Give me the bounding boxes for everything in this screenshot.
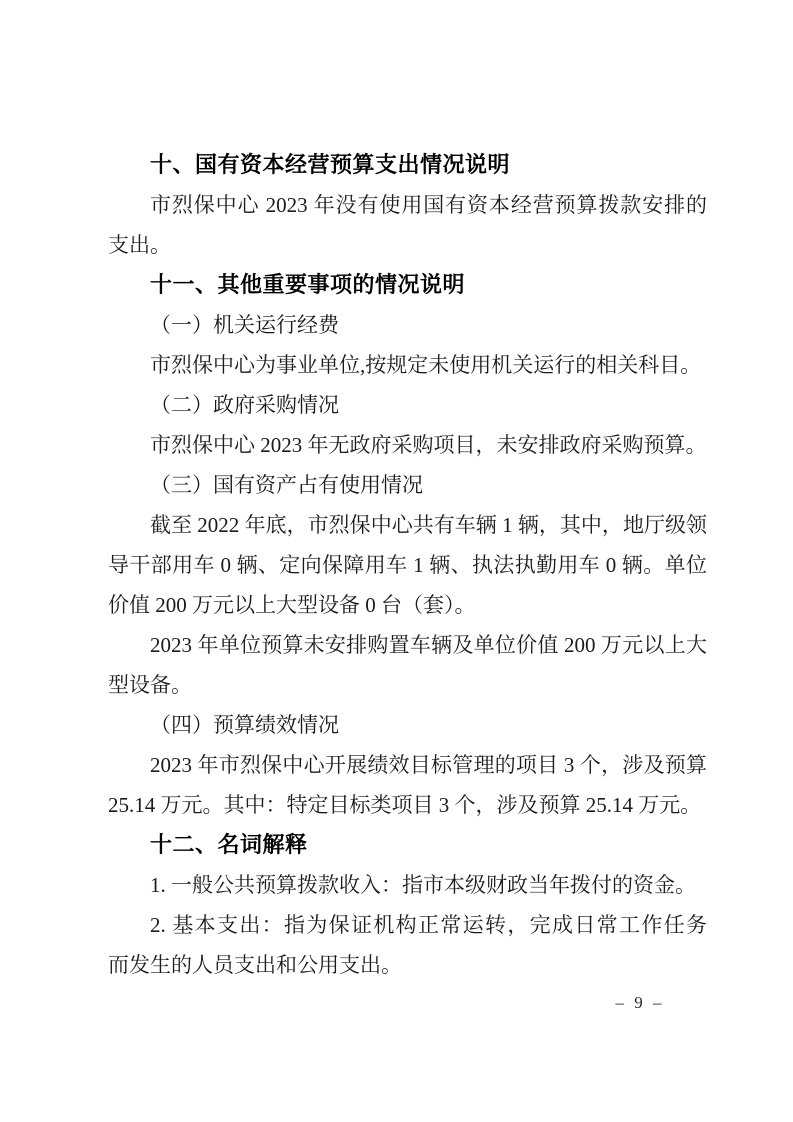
sub-section-heading: （一）机关运行经费 (108, 305, 707, 345)
text-line: 2023 年单位预算未安排购置车辆及单位价值 200 万元以上大 (108, 625, 707, 665)
body-paragraph: 市烈保中心为事业单位,按规定未使用机关运行的相关科目。 (108, 345, 707, 385)
document-page: 十、国有资本经营预算支出情况说明市烈保中心 2023 年没有使用国有资本经营预算… (0, 0, 793, 1122)
text-line: 价值 200 万元以上大型设备 0 台（套）。 (108, 585, 707, 625)
text-line: 十一、其他重要事项的情况说明 (108, 265, 707, 305)
body-paragraph: 2023 年单位预算未安排购置车辆及单位价值 200 万元以上大型设备。 (108, 625, 707, 705)
body-paragraph: 2023 年市烈保中心开展绩效目标管理的项目 3 个，涉及预算25.14 万元。… (108, 745, 707, 825)
text-line: 导干部用车 0 辆、定向保障用车 1 辆、执法执勤用车 0 辆。单位 (108, 545, 707, 585)
text-line: 十二、名词解释 (108, 825, 707, 865)
sub-section-heading: （三）国有资产占有使用情况 (108, 465, 707, 505)
text-line: （三）国有资产占有使用情况 (108, 465, 707, 505)
section-heading: 十、国有资本经营预算支出情况说明 (108, 145, 707, 185)
text-line: 型设备。 (108, 665, 707, 705)
body-paragraph: 1. 一般公共预算拨款收入：指市本级财政当年拨付的资金。 (108, 865, 707, 905)
text-line: 市烈保中心 2023 年没有使用国有资本经营预算拨款安排的 (108, 185, 707, 225)
text-line: 25.14 万元。其中：特定目标类项目 3 个，涉及预算 25.14 万元。 (108, 785, 707, 825)
text-line: （二）政府采购情况 (108, 385, 707, 425)
text-line: 截至 2022 年底，市烈保中心共有车辆 1 辆，其中，地厅级领 (108, 505, 707, 545)
section-heading: 十一、其他重要事项的情况说明 (108, 265, 707, 305)
text-line: 市烈保中心为事业单位,按规定未使用机关运行的相关科目。 (108, 345, 707, 385)
body-paragraph: 截至 2022 年底，市烈保中心共有车辆 1 辆，其中，地厅级领导干部用车 0 … (108, 505, 707, 625)
body-paragraph: 市烈保中心 2023 年没有使用国有资本经营预算拨款安排的支出。 (108, 185, 707, 265)
sub-section-heading: （二）政府采购情况 (108, 385, 707, 425)
body-paragraph: 2. 基本支出：指为保证机构正常运转，完成日常工作任务而发生的人员支出和公用支出… (108, 905, 707, 985)
text-line: 2. 基本支出：指为保证机构正常运转，完成日常工作任务 (108, 905, 707, 945)
page-number: – 9 – (560, 988, 720, 1018)
text-line: 而发生的人员支出和公用支出。 (108, 945, 707, 985)
text-line: 十、国有资本经营预算支出情况说明 (108, 145, 707, 185)
text-line: 市烈保中心 2023 年无政府采购项目，未安排政府采购预算。 (108, 425, 707, 465)
text-line: 支出。 (108, 225, 707, 265)
text-line: 2023 年市烈保中心开展绩效目标管理的项目 3 个，涉及预算 (108, 745, 707, 785)
body-paragraph: 市烈保中心 2023 年无政府采购项目，未安排政府采购预算。 (108, 425, 707, 465)
section-heading: 十二、名词解释 (108, 825, 707, 865)
text-line: （四）预算绩效情况 (108, 705, 707, 745)
sub-section-heading: （四）预算绩效情况 (108, 705, 707, 745)
document-body: 十、国有资本经营预算支出情况说明市烈保中心 2023 年没有使用国有资本经营预算… (108, 145, 707, 985)
text-line: （一）机关运行经费 (108, 305, 707, 345)
text-line: 1. 一般公共预算拨款收入：指市本级财政当年拨付的资金。 (108, 865, 707, 905)
